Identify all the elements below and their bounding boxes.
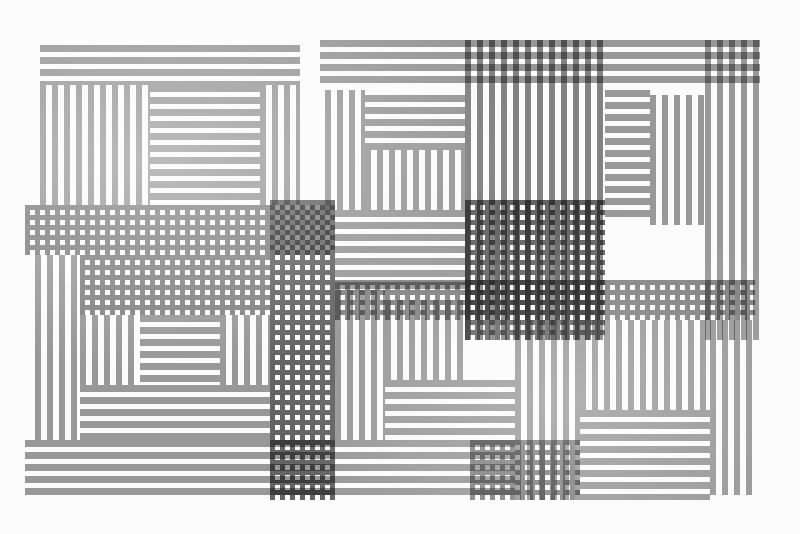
striped-block	[335, 280, 755, 320]
striped-block	[40, 45, 300, 85]
striped-block	[710, 320, 755, 495]
striped-block	[580, 320, 710, 410]
striped-block	[25, 440, 335, 500]
striped-block	[80, 255, 140, 315]
striped-block	[220, 315, 270, 385]
striped-block	[650, 95, 705, 225]
striped-block	[80, 385, 270, 440]
striped-block	[150, 85, 260, 205]
striped-block	[80, 315, 140, 385]
striped-block	[580, 410, 710, 500]
striped-block	[260, 85, 300, 205]
striped-block	[605, 90, 650, 220]
striped-block	[40, 85, 150, 205]
striped-block	[210, 255, 270, 315]
striped-block	[470, 440, 580, 500]
striped-block	[365, 150, 465, 210]
striped-block	[35, 255, 80, 440]
striped-block	[140, 255, 210, 315]
striped-block	[365, 95, 465, 150]
striped-block	[140, 315, 220, 385]
abstract-striped-artwork	[0, 0, 800, 534]
striped-block	[335, 210, 465, 290]
striped-block	[325, 90, 365, 210]
striped-block	[385, 380, 515, 440]
